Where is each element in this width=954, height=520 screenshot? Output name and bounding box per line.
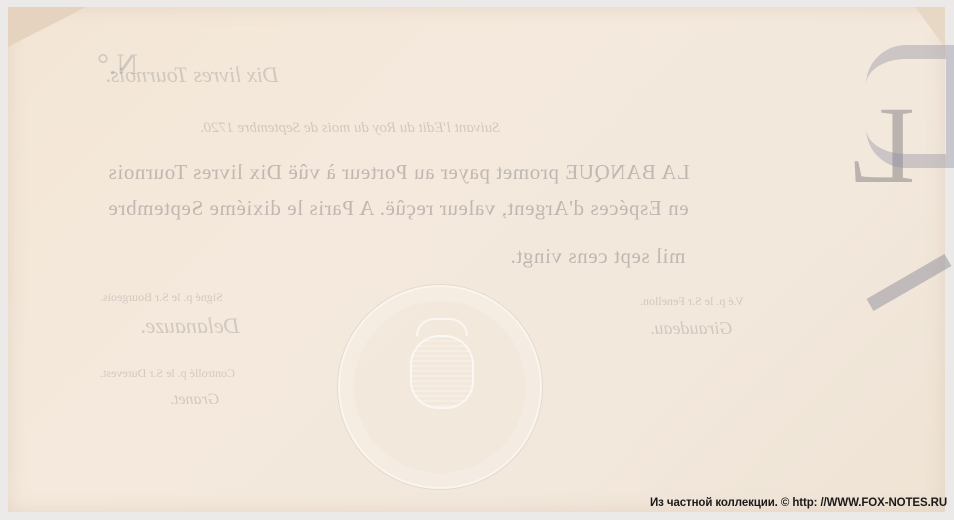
ghost-body-line-1: LA BANQUE promet payer au Porteur à vûë … — [108, 160, 690, 185]
ghost-body-line-2: en Espéces d'Argent, valeur reçûë. A Par… — [108, 196, 689, 221]
stamp-letter-b-icon — [866, 45, 954, 168]
ghost-signature-left-name: Delanauze. — [140, 313, 240, 339]
folded-corner-top-left — [8, 7, 86, 47]
ghost-signature-right-label: V.é p. le S.r Fenellon. — [640, 294, 744, 309]
ghost-title: Dix livres Tournois. — [105, 62, 279, 88]
collection-caption: Из частной коллекции. © http: //WWW.FOX-… — [650, 497, 947, 509]
ghost-edict-line: Suivant l'Edit du Roy du mois de Septemb… — [200, 120, 500, 137]
ghost-body-line-3: mil sept cens vingt. — [510, 244, 685, 269]
folded-corner-top-right — [915, 7, 945, 47]
seal-shield-icon — [410, 335, 474, 409]
ghost-signature-left2-name: Granet. — [170, 391, 219, 409]
ghost-signature-left2-label: Controllé p. le S.r Durevest. — [100, 366, 235, 381]
ghost-signature-left-label: Signé p. le S.r Bourgeois. — [100, 290, 223, 305]
seal-crown-icon — [416, 318, 468, 336]
ghost-signature-right-name: Giraudeau. — [650, 318, 733, 339]
